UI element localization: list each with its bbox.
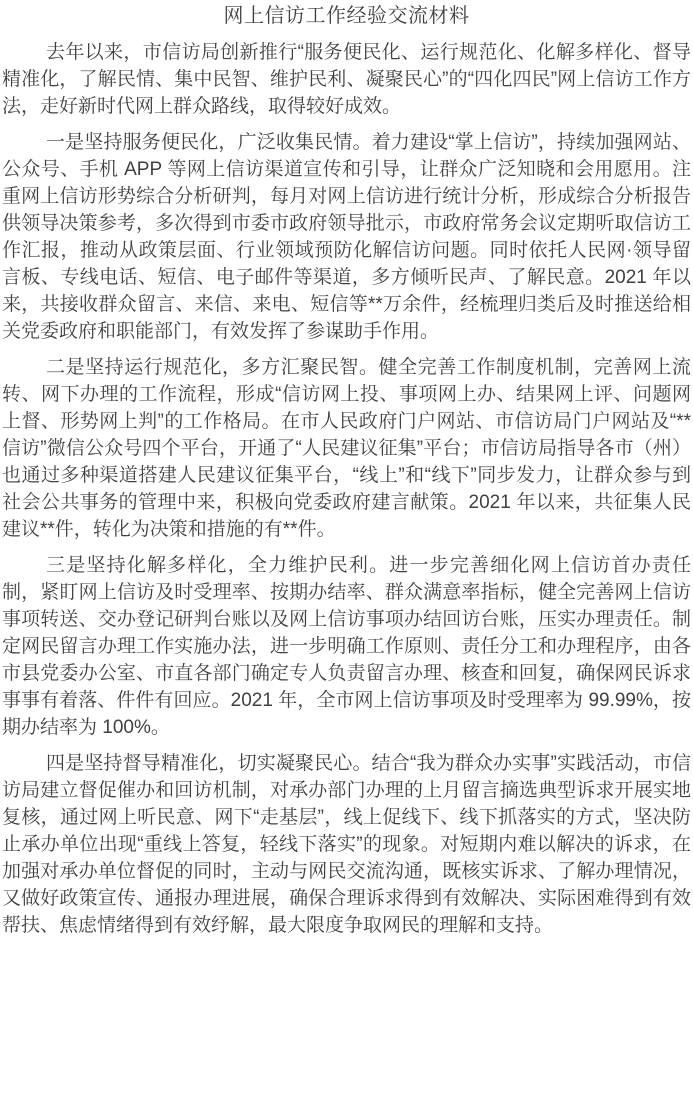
paragraph-point-4-supervision: 四是坚持督导精准化，切实凝聚民心。结合“我为群众办实事”实践活动，市信访局建立督… (2, 750, 691, 939)
paragraph-point-2-operation: 二是坚持运行规范化，多方汇聚民智。健全完善工作制度机制，完善网上流转、网下办理的… (2, 354, 691, 543)
document-title: 网上信访工作经验交流材料 (2, 2, 691, 30)
document-page: 网上信访工作经验交流材料 去年以来，市信访局创新推行“服务便民化、运行规范化、化… (0, 2, 693, 939)
paragraph-intro: 去年以来，市信访局创新推行“服务便民化、运行规范化、化解多样化、督导精准化，了解… (2, 39, 691, 120)
paragraph-point-1-service: 一是坚持服务便民化，广泛收集民情。着力建设“掌上信访”，持续加强网站、公众号、手… (2, 129, 691, 345)
paragraph-point-3-resolution: 三是坚持化解多样化，全力维护民利。进一步完善细化网上信访首办责任制，紧盯网上信访… (2, 552, 691, 741)
